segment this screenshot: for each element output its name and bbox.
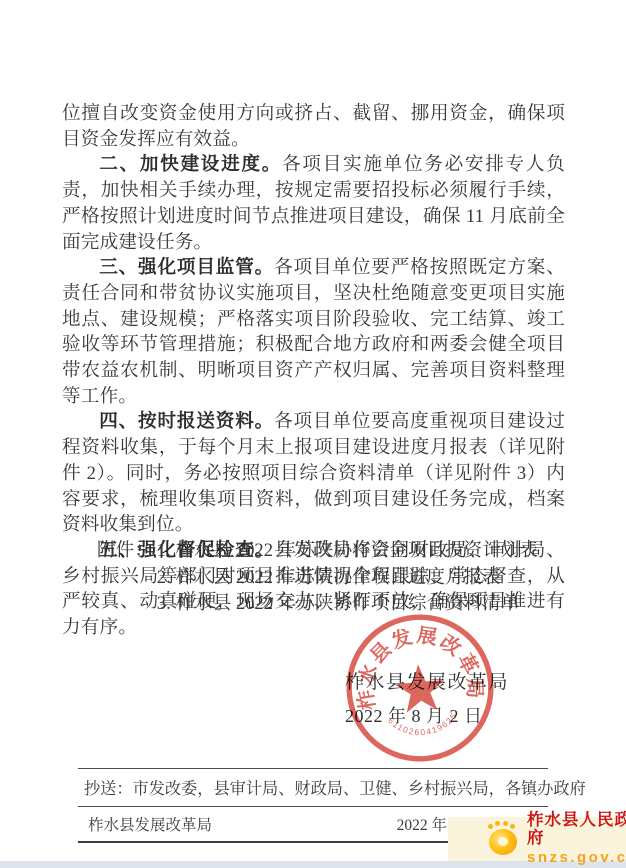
paragraph-section-2: 二、加快建设进度。各项目实施单位务必安排专人负责，加快相关手续办理，按规定需要招… — [62, 152, 565, 255]
gov-site-watermark: 柞水县人民政府 snzs.gov.cn — [448, 817, 626, 861]
attachments-label: 附件： — [97, 538, 153, 618]
attachment-item: 3. 柞水县 2022 年苏陕协作项目综合资料清单 — [157, 591, 567, 618]
section-heading: 二、加快建设进度。 — [99, 154, 282, 175]
cc-line: 抄送：市发改委，县审计局、财政局、卫健、乡村振兴局，各镇办政府 — [78, 768, 548, 807]
site-text-block: 柞水县人民政府 snzs.gov.cn — [527, 811, 626, 867]
site-name: 柞水县人民政府 — [527, 811, 626, 847]
attachments-block: 附件： 1. 柞水县 2022 年苏陕协作资金项目投资计划表 2. 柞水县 20… — [97, 538, 567, 618]
paragraph-text: 各项目单位要严格按照既定方案、责任合同和带贫协议实施项目，坚决杜绝随意变更项目实… — [62, 257, 565, 407]
attachment-item: 1. 柞水县 2022 年苏陕协作资金项目投资计划表 — [157, 538, 567, 565]
paragraph-text: 位擅自改变资金使用方向或挤占、截留、挪用资金，确保项目资金发挥应有效益。 — [62, 103, 565, 150]
signature-date: 2022 年 8 月 2 日 — [345, 702, 509, 728]
attachment-item: 2. 柞水县 2022 年苏陕协作项目进度月报表 — [157, 565, 567, 592]
attachments-list: 1. 柞水县 2022 年苏陕协作资金项目投资计划表 2. 柞水县 2022 年… — [157, 538, 567, 618]
paragraph-section-4: 四、按时报送资料。各项目单位要高度重视项目建设过程资料收集，于每个月末上报项目建… — [62, 409, 565, 538]
signature-agency: 柞水县发展改革局 — [345, 667, 509, 694]
signature-block: 柞水县发展改革局 2022 年 8 月 2 日 — [345, 667, 509, 728]
paragraph-continuation: 位擅自改变资金使用方向或挤占、截留、挪用资金，确保项目资金发挥应有效益。 — [62, 101, 565, 152]
paw-logo-icon — [486, 821, 522, 857]
paragraph-section-3: 三、强化项目监管。各项目单位要严格按照既定方案、责任合同和带贫协议实施项目，坚决… — [62, 255, 565, 409]
section-heading: 三、强化项目监管。 — [99, 257, 274, 278]
document-page: 位擅自改变资金使用方向或挤占、截留、挪用资金，确保项目资金发挥应有效益。 二、加… — [0, 0, 626, 868]
section-heading: 四、按时报送资料。 — [99, 411, 274, 432]
site-url: snzs.gov.cn — [527, 850, 626, 867]
issuer-agency: 柞水县发展改革局 — [88, 813, 212, 835]
